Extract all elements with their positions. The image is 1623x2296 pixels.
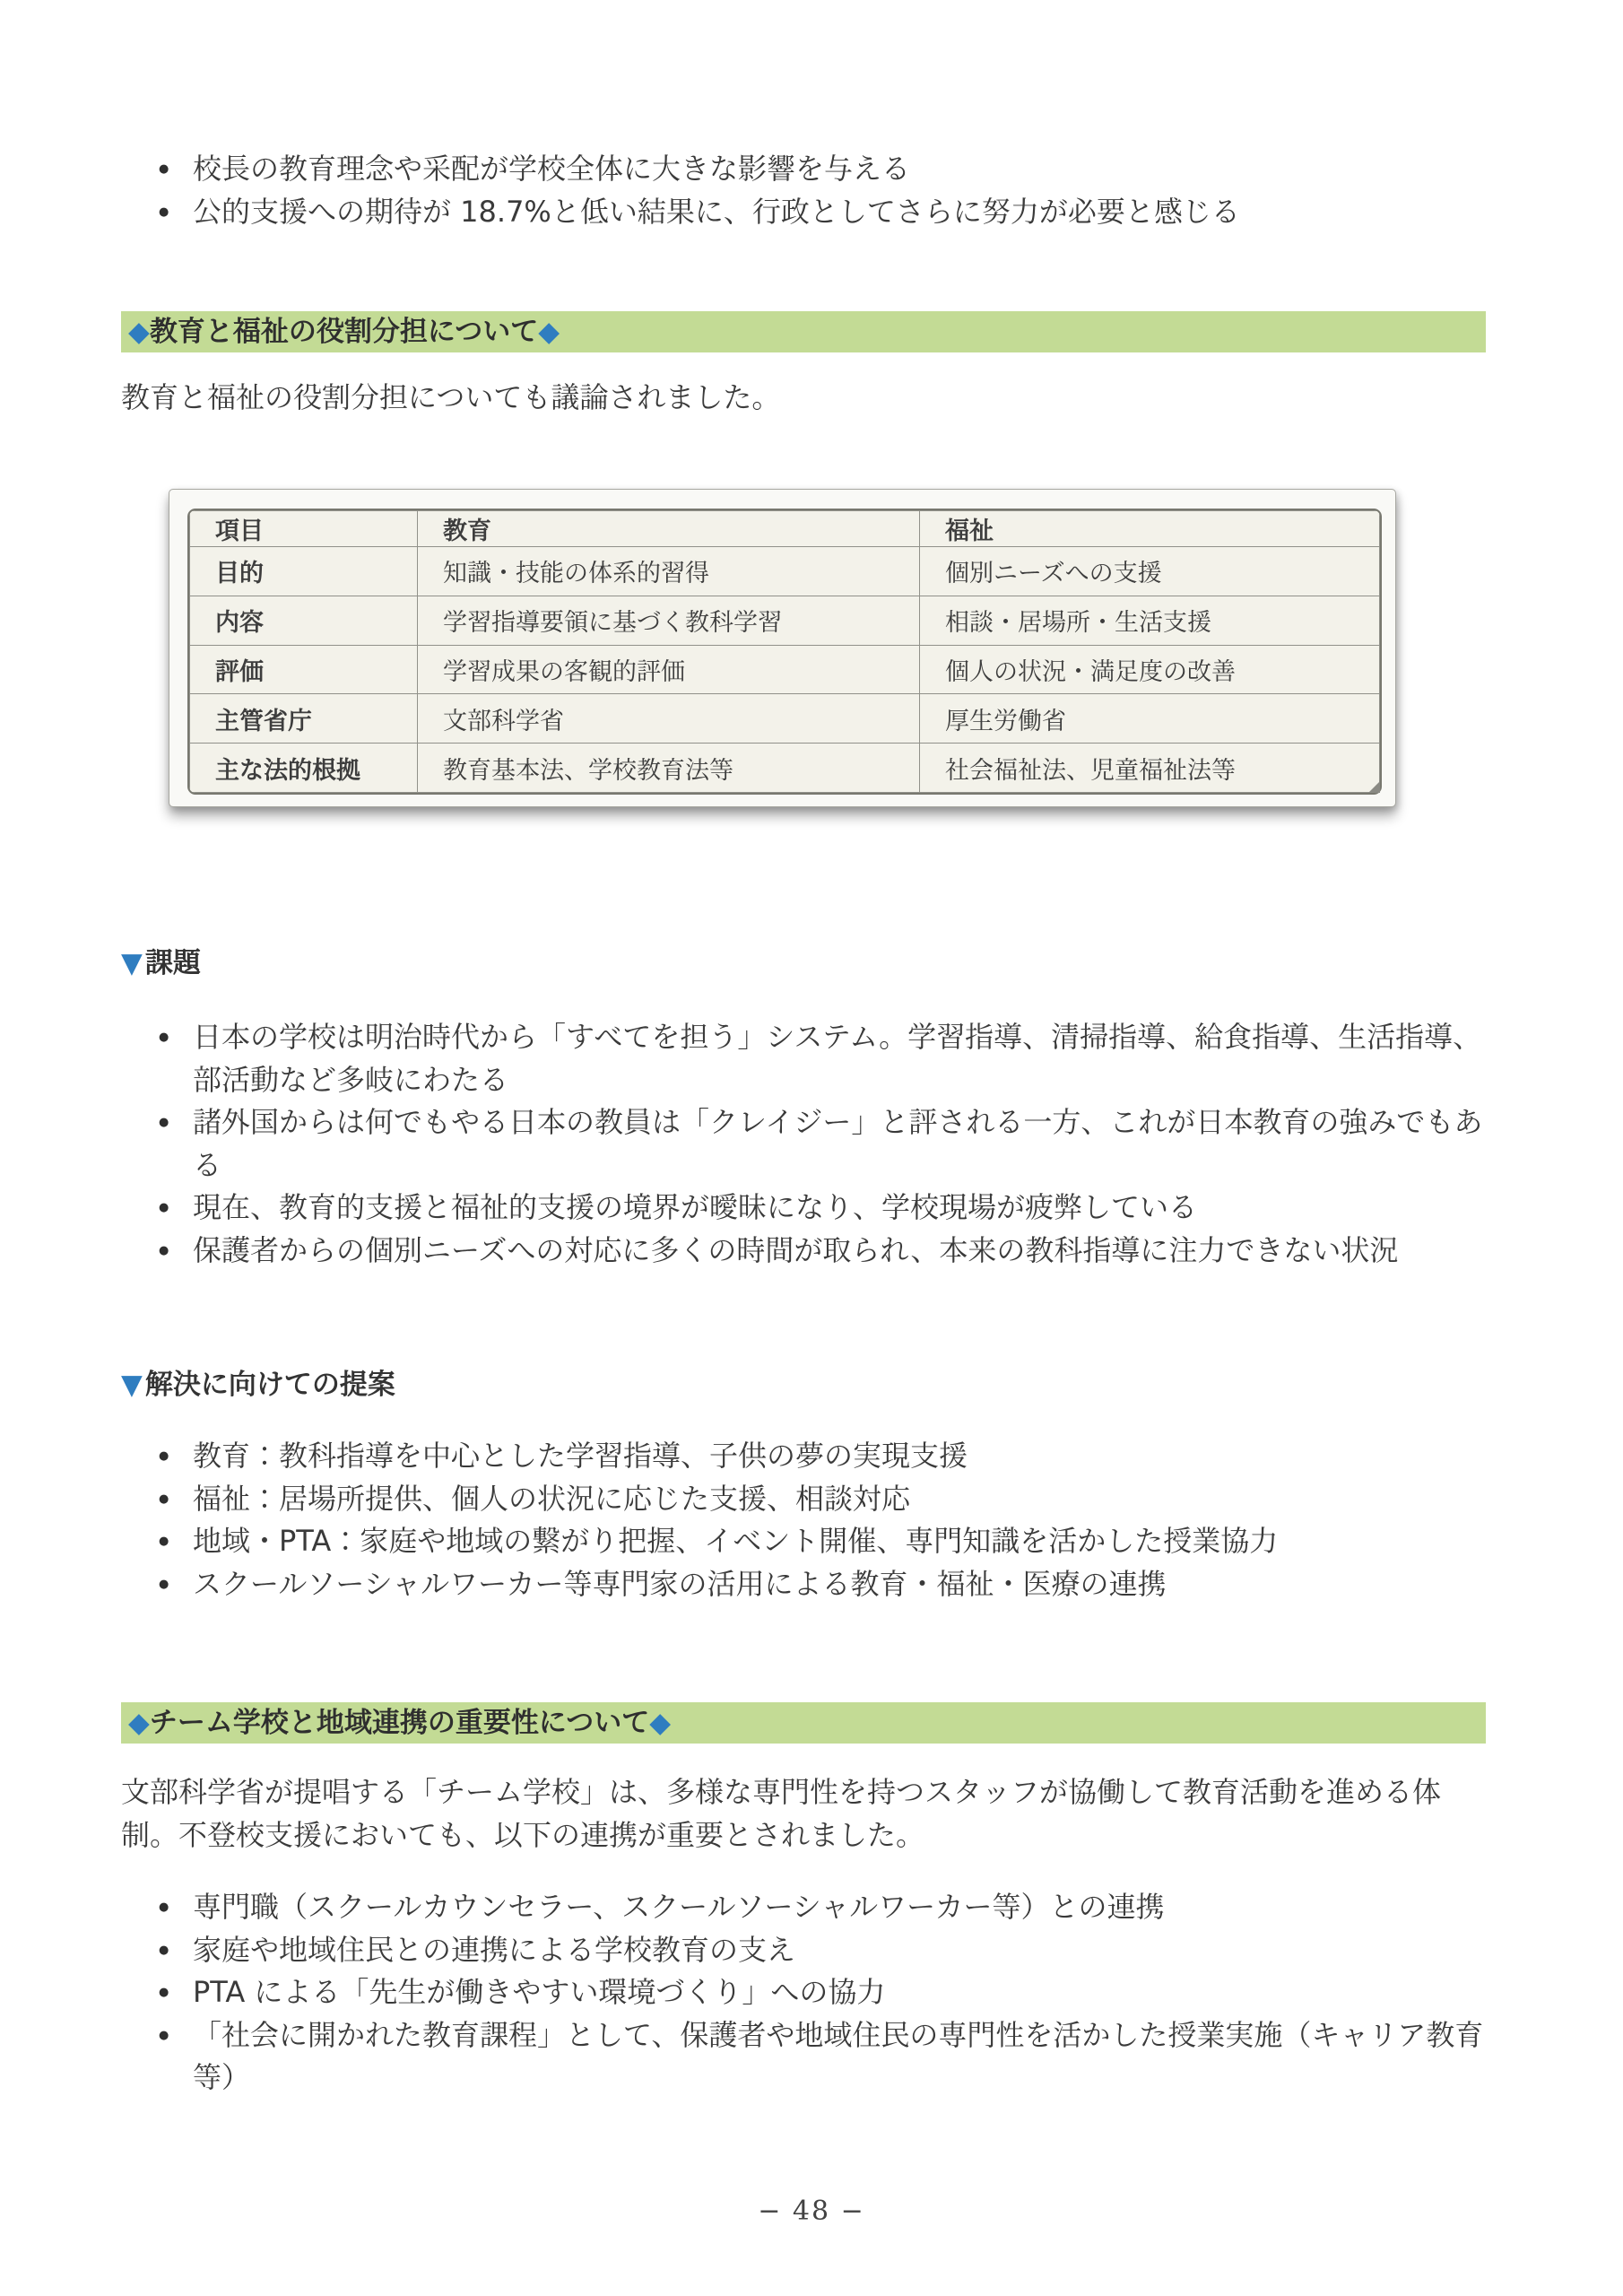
triangle-icon: ▼	[121, 947, 143, 979]
row-label: 主管省庁	[190, 694, 418, 744]
diamond-icon: ◆	[128, 316, 150, 348]
section-heading-education-welfare: ◆教育と福祉の役割分担について◆	[121, 311, 1486, 352]
top-bullet-list: 校長の教育理念や采配が学校全体に大きな影響を与える 公的支援への期待が 18.7…	[121, 148, 1486, 233]
section-heading-team-school: ◆チーム学校と地域連携の重要性について◆	[121, 1702, 1486, 1744]
list-item: 家庭や地域住民との連携による学校教育の支え	[121, 1929, 1486, 1972]
list-item: 教育：教科指導を中心とした学習指導、子供の夢の実現支援	[121, 1435, 1486, 1478]
proposals-bullet-list: 教育：教科指導を中心とした学習指導、子供の夢の実現支援 福祉：居場所提供、個人の…	[121, 1435, 1486, 1605]
table-cell: 厚生労働省	[920, 694, 1380, 744]
team-school-bullet-list: 専門職（スクールカウンセラー、スクールソーシャルワーカー等）との連携 家庭や地域…	[121, 1886, 1486, 2100]
list-item: 公的支援への期待が 18.7%と低い結果に、行政としてさらに努力が必要と感じる	[121, 191, 1486, 234]
table-cell: 社会福祉法、児童福祉法等	[920, 744, 1380, 793]
diamond-icon: ◆	[128, 1707, 150, 1739]
subheading-text: 課題	[145, 947, 201, 979]
table-cell: 相談・居場所・生活支援	[920, 596, 1380, 645]
list-item: スクールソーシャルワーカー等専門家の活用による教育・福祉・医療の連携	[121, 1563, 1486, 1606]
section-heading-text: チーム学校と地域連携の重要性について	[150, 1707, 649, 1739]
table-cell: 学習成果の客観的評価	[418, 645, 920, 694]
column-header: 福祉	[920, 511, 1380, 547]
comparison-table-frame: 項目 教育 福祉 目的 知識・技能の体系的習得 個別ニーズへの支援 内容 学習指…	[187, 509, 1382, 795]
section-heading-text: 教育と福祉の役割分担について	[150, 316, 538, 348]
document-page: 校長の教育理念や采配が学校全体に大きな影響を与える 公的支援への期待が 18.7…	[0, 0, 1623, 2296]
resize-handle-icon	[1368, 781, 1380, 793]
table-row: 評価 学習成果の客観的評価 個人の状況・満足度の改善	[190, 645, 1380, 694]
list-item: PTA による「先生が働きやすい環境づくり」への協力	[121, 1971, 1486, 2014]
row-label: 評価	[190, 645, 418, 694]
list-item: 地域・PTA：家庭や地域の繋がり把握、イベント開催、専門知識を活かした授業協力	[121, 1520, 1486, 1563]
subheading-proposals: ▼解決に向けての提案	[121, 1361, 1486, 1402]
table-cell: 知識・技能の体系的習得	[418, 547, 920, 596]
table-cell: 文部科学省	[418, 694, 920, 744]
list-item: 諸外国からは何でもやる日本の教員は「クレイジー」と評される一方、これが日本教育の…	[121, 1101, 1486, 1187]
list-item: 現在、教育的支援と福祉的支援の境界が曖昧になり、学校現場が疲弊している	[121, 1187, 1486, 1230]
table-cell: 個別ニーズへの支援	[920, 547, 1380, 596]
column-header: 教育	[418, 511, 920, 547]
list-item: 保護者からの個別ニーズへの対応に多くの時間が取られ、本来の教科指導に注力できない…	[121, 1230, 1486, 1273]
subheading-text: 解決に向けての提案	[145, 1369, 395, 1401]
table-row: 目的 知識・技能の体系的習得 個別ニーズへの支援	[190, 547, 1380, 596]
section2-intro-paragraph: 文部科学省が提唱する「チーム学校」は、多様な専門性を持つスタッフが協働して教育活…	[121, 1771, 1486, 1857]
list-item: 福祉：居場所提供、個人の状況に応じた支援、相談対応	[121, 1478, 1486, 1521]
row-label: 主な法的根拠	[190, 744, 418, 793]
list-item: 校長の教育理念や采配が学校全体に大きな影響を与える	[121, 148, 1486, 191]
table-header-row: 項目 教育 福祉	[190, 511, 1380, 547]
diamond-icon: ◆	[649, 1707, 671, 1739]
challenges-bullet-list: 日本の学校は明治時代から「すべてを担う」システム。学習指導、清掃指導、給食指導、…	[121, 1016, 1486, 1272]
table-row: 主な法的根拠 教育基本法、学校教育法等 社会福祉法、児童福祉法等	[190, 744, 1380, 793]
comparison-table-panel: 項目 教育 福祉 目的 知識・技能の体系的習得 個別ニーズへの支援 内容 学習指…	[169, 489, 1396, 807]
table-row: 内容 学習指導要領に基づく教科学習 相談・居場所・生活支援	[190, 596, 1380, 645]
section1-intro-paragraph: 教育と福祉の役割分担についても議論されました。	[121, 377, 1486, 420]
diamond-icon: ◆	[538, 316, 560, 348]
page-number: − 48 −	[0, 2196, 1623, 2227]
column-header: 項目	[190, 511, 418, 547]
table-row: 主管省庁 文部科学省 厚生労働省	[190, 694, 1380, 744]
table-cell: 教育基本法、学校教育法等	[418, 744, 920, 793]
row-label: 目的	[190, 547, 418, 596]
table-cell: 学習指導要領に基づく教科学習	[418, 596, 920, 645]
triangle-icon: ▼	[121, 1369, 143, 1401]
education-welfare-table: 項目 教育 福祉 目的 知識・技能の体系的習得 個別ニーズへの支援 内容 学習指…	[189, 510, 1380, 793]
list-item: 「社会に開かれた教育課程」として、保護者や地域住民の専門性を活かした授業実施（キ…	[121, 2014, 1486, 2100]
subheading-challenges: ▼課題	[121, 940, 1486, 980]
list-item: 専門職（スクールカウンセラー、スクールソーシャルワーカー等）との連携	[121, 1886, 1486, 1929]
list-item: 日本の学校は明治時代から「すべてを担う」システム。学習指導、清掃指導、給食指導、…	[121, 1016, 1486, 1101]
table-cell: 個人の状況・満足度の改善	[920, 645, 1380, 694]
row-label: 内容	[190, 596, 418, 645]
